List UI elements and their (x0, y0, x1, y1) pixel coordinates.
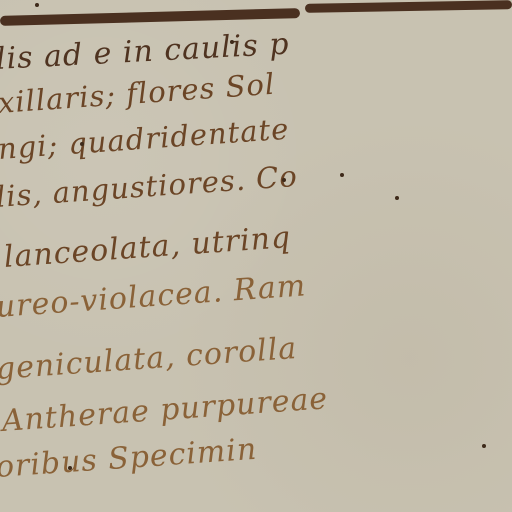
manuscript-line: ureo-violacea. Ram (0, 268, 307, 325)
strikethrough-mark (305, 0, 512, 13)
ink-spot (230, 40, 234, 44)
manuscript-line: xillaris; flores Sol (0, 67, 276, 120)
ink-spot (282, 178, 286, 182)
manuscript-line: Antherae purpureae (1, 381, 329, 439)
manuscript-line: oribus Specimin (0, 432, 258, 485)
manuscript-line: lanceolata, utrinq (3, 220, 293, 275)
ink-spot (395, 196, 399, 200)
manuscript-line: ngi; quadridentate (0, 112, 290, 166)
ink-spot (340, 173, 344, 177)
ink-spot (35, 3, 39, 7)
ink-spot (68, 466, 72, 470)
strikethrough-mark (0, 8, 300, 26)
ink-spot (482, 444, 486, 448)
manuscript-line: lis, angustiores. Co (0, 159, 299, 214)
manuscript-line: geniculata, corolla (0, 331, 298, 387)
manuscript-page: lis ad e in caulis p xillaris; flores So… (0, 0, 512, 512)
ink-spot (80, 142, 84, 146)
